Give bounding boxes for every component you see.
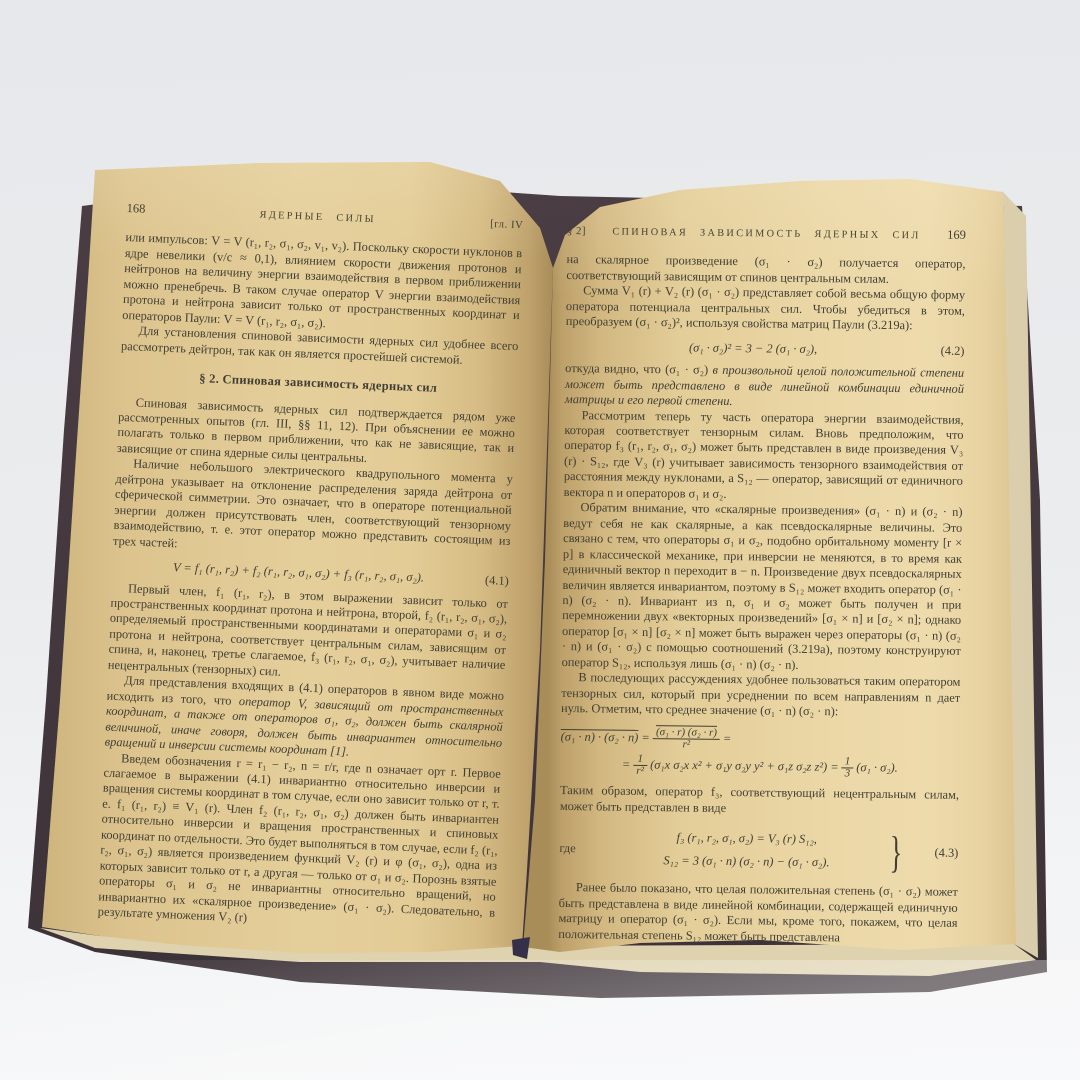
paragraph: Обратим внимание, что «скалярные произве… (562, 500, 963, 675)
running-title-right: СПИНОВАЯ ЗАВИСИМОСТЬ ЯДЕРНЫХ СИЛ (586, 224, 947, 244)
chapter-marker: [гл. IV (490, 217, 524, 234)
equation-number: (4.3) (912, 845, 958, 861)
paragraph: В последующих рассуждениях удобнее польз… (561, 670, 961, 721)
fraction-denominator: r² (653, 739, 720, 751)
formula-body: (σ₁ · σ₂)² = 3 − 2 (σ₁ · σ₂), (565, 339, 940, 359)
where-label: где (559, 841, 605, 857)
paragraph: Введем обозначения r = r₁ − r₂, n = r/r,… (97, 750, 501, 936)
left-page-text: 168 ЯДЕРНЫЕ СИЛЫ [гл. IV или импульсов: … (97, 201, 523, 936)
curly-brace: } (890, 839, 903, 865)
formula-line: (σ₁ · n) · (σ₂ · n) = (σ₁ · r) (σ₂ · r)r… (561, 726, 960, 754)
paragraph: Ранее было показано, что целая положител… (558, 880, 958, 947)
equation-number: (4.2) (941, 343, 965, 359)
right-page-text: § 2] СПИНОВАЯ ЗАВИСИМОСТЬ ЯДЕРНЫХ СИЛ 16… (558, 223, 966, 947)
formula-part: = (720, 731, 732, 745)
paragraph: Первый член, f₁ (r₁, r₂), в этом выражен… (108, 580, 508, 689)
formula-part: (σ₁ · n) · (σ₂ · n) (561, 729, 639, 744)
paragraph: Наличие небольшого электрического квадру… (113, 456, 513, 565)
paragraph: Таким образом, оператор f₃, соответствую… (560, 783, 959, 819)
right-page-header: § 2] СПИНОВАЯ ЗАВИСИМОСТЬ ЯДЕРНЫХ СИЛ 16… (567, 223, 966, 244)
formula-line: f₃ (r₁, r₂, σ₁, σ₂) = V₃ (r) S₁₂, (605, 826, 888, 852)
formula-part: = (622, 757, 634, 771)
page-number-right: 169 (947, 228, 966, 244)
photo-background: 168 ЯДЕРНЫЕ СИЛЫ [гл. IV или импульсов: … (0, 0, 1080, 1080)
formula-part: (σ₁ · σ₂). (853, 760, 898, 775)
paragraph: откуда видно, что (σ₁ · σ₂) в произвольн… (565, 361, 965, 412)
formula-4-3: где f₃ (r₁, r₂, σ₁, σ₂) = V₃ (r) S₁₂, S₁… (559, 825, 959, 876)
fraction: 13 (842, 756, 854, 780)
page-number-left: 168 (126, 201, 145, 217)
paragraph: или импульсов: V = V (r₁, r₂, σ₁, σ₂, v₁… (122, 230, 522, 339)
mean-value-formula: (σ₁ · n) · (σ₂ · n) = (σ₁ · r) (σ₂ · r)r… (560, 726, 960, 782)
paragraph: на скалярное произведение (σ₁ · σ₂) полу… (566, 252, 965, 288)
fraction: (σ₁ · r) (σ₂ · r)r² (653, 727, 720, 751)
formula-body: f₃ (r₁, r₂, σ₁, σ₂) = V₃ (r) S₁₂, S₁₂ = … (605, 826, 888, 875)
fraction-denominator: 3 (842, 769, 854, 780)
equation-number: (4.1) (485, 573, 509, 589)
formula-part: = (638, 730, 653, 744)
section-marker: § 2] (567, 224, 586, 240)
paragraph: Сумма V₁ (r) + V₂ (r) (σ₁ · σ₂) представ… (566, 283, 966, 334)
formula-line: = 1r² (σ₁x σ₂x x² + σ₁y σ₂y y² + σ₁z σ₂z… (560, 753, 959, 781)
formula-part: (σ₁x σ₂x x² + σ₁y σ₂y y² + σ₁z σ₂z z²) = (647, 758, 842, 774)
paragraph-part: откуда видно, что (σ₁ · σ₂) (565, 361, 713, 377)
section-heading: § 2. Спиновая зависимость ядерных сил (120, 368, 517, 400)
formula-line: S₁₂ = 3 (σ₁ · n) (σ₂ · n) − (σ₁ · σ₂). (605, 849, 888, 875)
fraction: 1r² (633, 754, 647, 778)
fraction-denominator: r² (633, 766, 647, 777)
paragraph: Рассмотрим теперь ту часть оператора эне… (564, 408, 964, 506)
formula-4-2: (σ₁ · σ₂)² = 3 − 2 (σ₁ · σ₂), (4.2) (565, 339, 964, 359)
